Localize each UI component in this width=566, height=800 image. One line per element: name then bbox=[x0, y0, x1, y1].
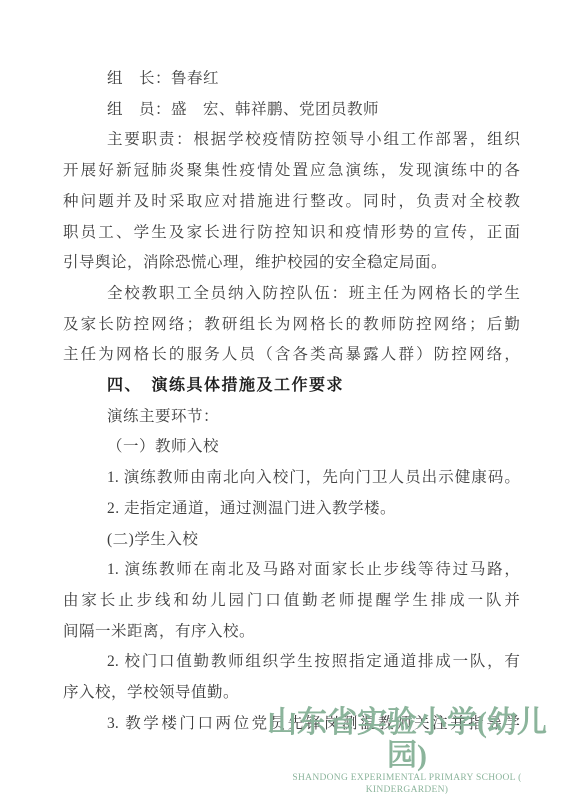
text-line: 种问题并及时采取应对措施进行整改。同时，负责对全校教 bbox=[63, 187, 520, 218]
text-line: 2. 校门口值勤教师组织学生按照指定通道排成一队，有 bbox=[63, 647, 520, 678]
text-line: 开展好新冠肺炎聚集性疫情处置应急演练，发现演练中的各 bbox=[63, 156, 520, 187]
text-line: 主任为网格长的服务人员（含各类高暴露人群）防控网络， bbox=[63, 340, 520, 371]
text-line: 间隔一米距离，有序入校。 bbox=[63, 617, 520, 648]
text-line: 引导舆论，消除恐慌心理，维护校园的安全稳定局面。 bbox=[63, 248, 520, 279]
text-line: 全校教职工全员纳入防控队伍：班主任为网格长的学生 bbox=[63, 279, 520, 310]
text-line: (二)学生入校 bbox=[63, 525, 520, 556]
text-line: 主要职责：根据学校疫情防控领导小组工作部署，组织 bbox=[63, 125, 520, 156]
text-line: 职员工、学生及家长进行防控知识和疫情形势的宣传，正面 bbox=[63, 218, 520, 249]
text-line: 1. 演练教师在南北及马路对面家长止步线等待过马路， bbox=[63, 555, 520, 586]
text-line: 演练主要环节： bbox=[63, 402, 520, 433]
text-line: 2. 走指定通道，通过测温门进入教学楼。 bbox=[63, 494, 520, 525]
text-line: 1. 演练教师由南北向入校门，先向门卫人员出示健康码。 bbox=[63, 463, 520, 494]
text-line: 及家长防控网络；教研组长为网格长的教师防控网络；后勤 bbox=[63, 310, 520, 341]
section-heading: 四、 演练具体措施及工作要求 bbox=[63, 371, 520, 402]
text-line: 组 长：鲁春红 bbox=[63, 64, 520, 95]
text-line: （一）教师入校 bbox=[63, 432, 520, 463]
document-page: 组 长：鲁春红组 员：盛 宏、韩祥鹏、党团员教师主要职责：根据学校疫情防控领导小… bbox=[0, 0, 566, 800]
text-line: 组 员：盛 宏、韩祥鹏、党团员教师 bbox=[63, 95, 520, 126]
school-name-english: SHANDONG EXPERIMENTAL PRIMARY SCHOOL ( K… bbox=[251, 772, 563, 796]
school-name-chinese: 山东省实验小学(幼儿园) bbox=[251, 706, 563, 772]
text-line: 由家长止步线和幼儿园门口值勤老师提醒学生排成一队并 bbox=[63, 586, 520, 617]
text-line: 序入校，学校领导值勤。 bbox=[63, 678, 520, 709]
school-logo: 山东省实验小学(幼儿园) SHANDONG EXPERIMENTAL PRIMA… bbox=[251, 706, 563, 796]
document-body: 组 长：鲁春红组 员：盛 宏、韩祥鹏、党团员教师主要职责：根据学校疫情防控领导小… bbox=[63, 64, 520, 739]
